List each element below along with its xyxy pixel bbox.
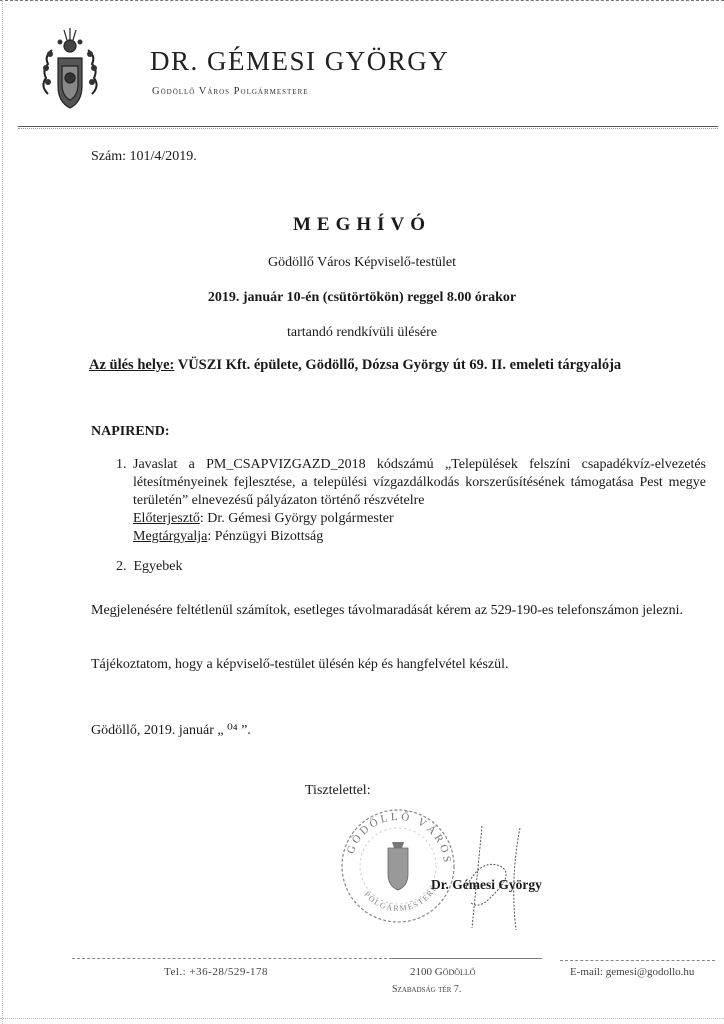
agenda-item: 2. Egyebek xyxy=(116,558,182,576)
footer-divider xyxy=(560,960,715,961)
agenda-item-text: Egyebek xyxy=(134,559,183,574)
footer-address-line1: 2100 Gödöllő xyxy=(410,966,476,978)
addressee-body: Gödöllő Város Képviselő-testület xyxy=(0,254,724,272)
closing-greeting: Tisztelettel: xyxy=(305,782,371,800)
agenda-item-committee: Megtárgyalja: Pénzügyi Bizottság xyxy=(133,528,706,546)
official-seal-icon: GÖDÖLLŐ VÁROS POLGÁRMESTERE xyxy=(338,806,458,926)
coat-of-arms-icon xyxy=(38,24,102,112)
scan-bottom-edge xyxy=(0,1018,724,1019)
meeting-venue: Az ülés helye: VÜSZI Kft. épülete, Gödöl… xyxy=(89,356,621,374)
letterhead-divider-dotted xyxy=(18,128,718,129)
agenda-item-number: 2. xyxy=(116,559,127,574)
document-title: MEGHÍVÓ xyxy=(0,214,724,236)
agenda-item-presenter: Előterjesztő: Dr. Gémesi György polgárme… xyxy=(133,510,706,528)
recording-notice: Tájékoztatom, hogy a képviselő-testület … xyxy=(91,656,509,674)
scan-top-edge xyxy=(0,0,724,1)
meeting-datetime: 2019. január 10-én (csütörtökön) reggel … xyxy=(0,289,724,307)
attendance-paragraph: Megjelenésére feltétlenül számítok, eset… xyxy=(91,602,686,620)
letterhead-subtitle: Gödöllő Város Polgármestere xyxy=(152,86,309,97)
date-line: Gödöllő, 2019. január „ ⁰⁴ ”. xyxy=(91,722,251,740)
footer-divider xyxy=(72,958,392,959)
letterhead-divider xyxy=(18,126,718,127)
venue-label: Az ülés helye: xyxy=(89,357,174,373)
session-type: tartandó rendkívüli ülésére xyxy=(0,324,724,342)
agenda-item: 1. Javaslat a PM_CSAPVIZGAZD_2018 kódszá… xyxy=(116,456,706,546)
footer-divider xyxy=(392,958,542,959)
footer-address-line2: Szabadság tér 7. xyxy=(392,984,461,995)
signer-name: Dr. Gémesi György xyxy=(431,876,542,894)
scan-left-edge xyxy=(2,0,3,1024)
letterhead-name: DR. GÉMESI GYÖRGY xyxy=(150,46,449,77)
footer-phone: Tel.: +36-28/529-178 xyxy=(164,966,268,978)
reference-number: Szám: 101/4/2019. xyxy=(91,148,197,166)
agenda-item-text: Javaslat a PM_CSAPVIZGAZD_2018 kódszámú … xyxy=(133,456,706,510)
agenda-heading: NAPIREND: xyxy=(91,423,170,441)
footer-email: E-mail: gemesi@godollo.hu xyxy=(570,966,694,978)
venue-text: VÜSZI Kft. épülete, Gödöllő, Dózsa Györg… xyxy=(174,357,621,373)
agenda-item-number: 1. xyxy=(116,456,127,474)
